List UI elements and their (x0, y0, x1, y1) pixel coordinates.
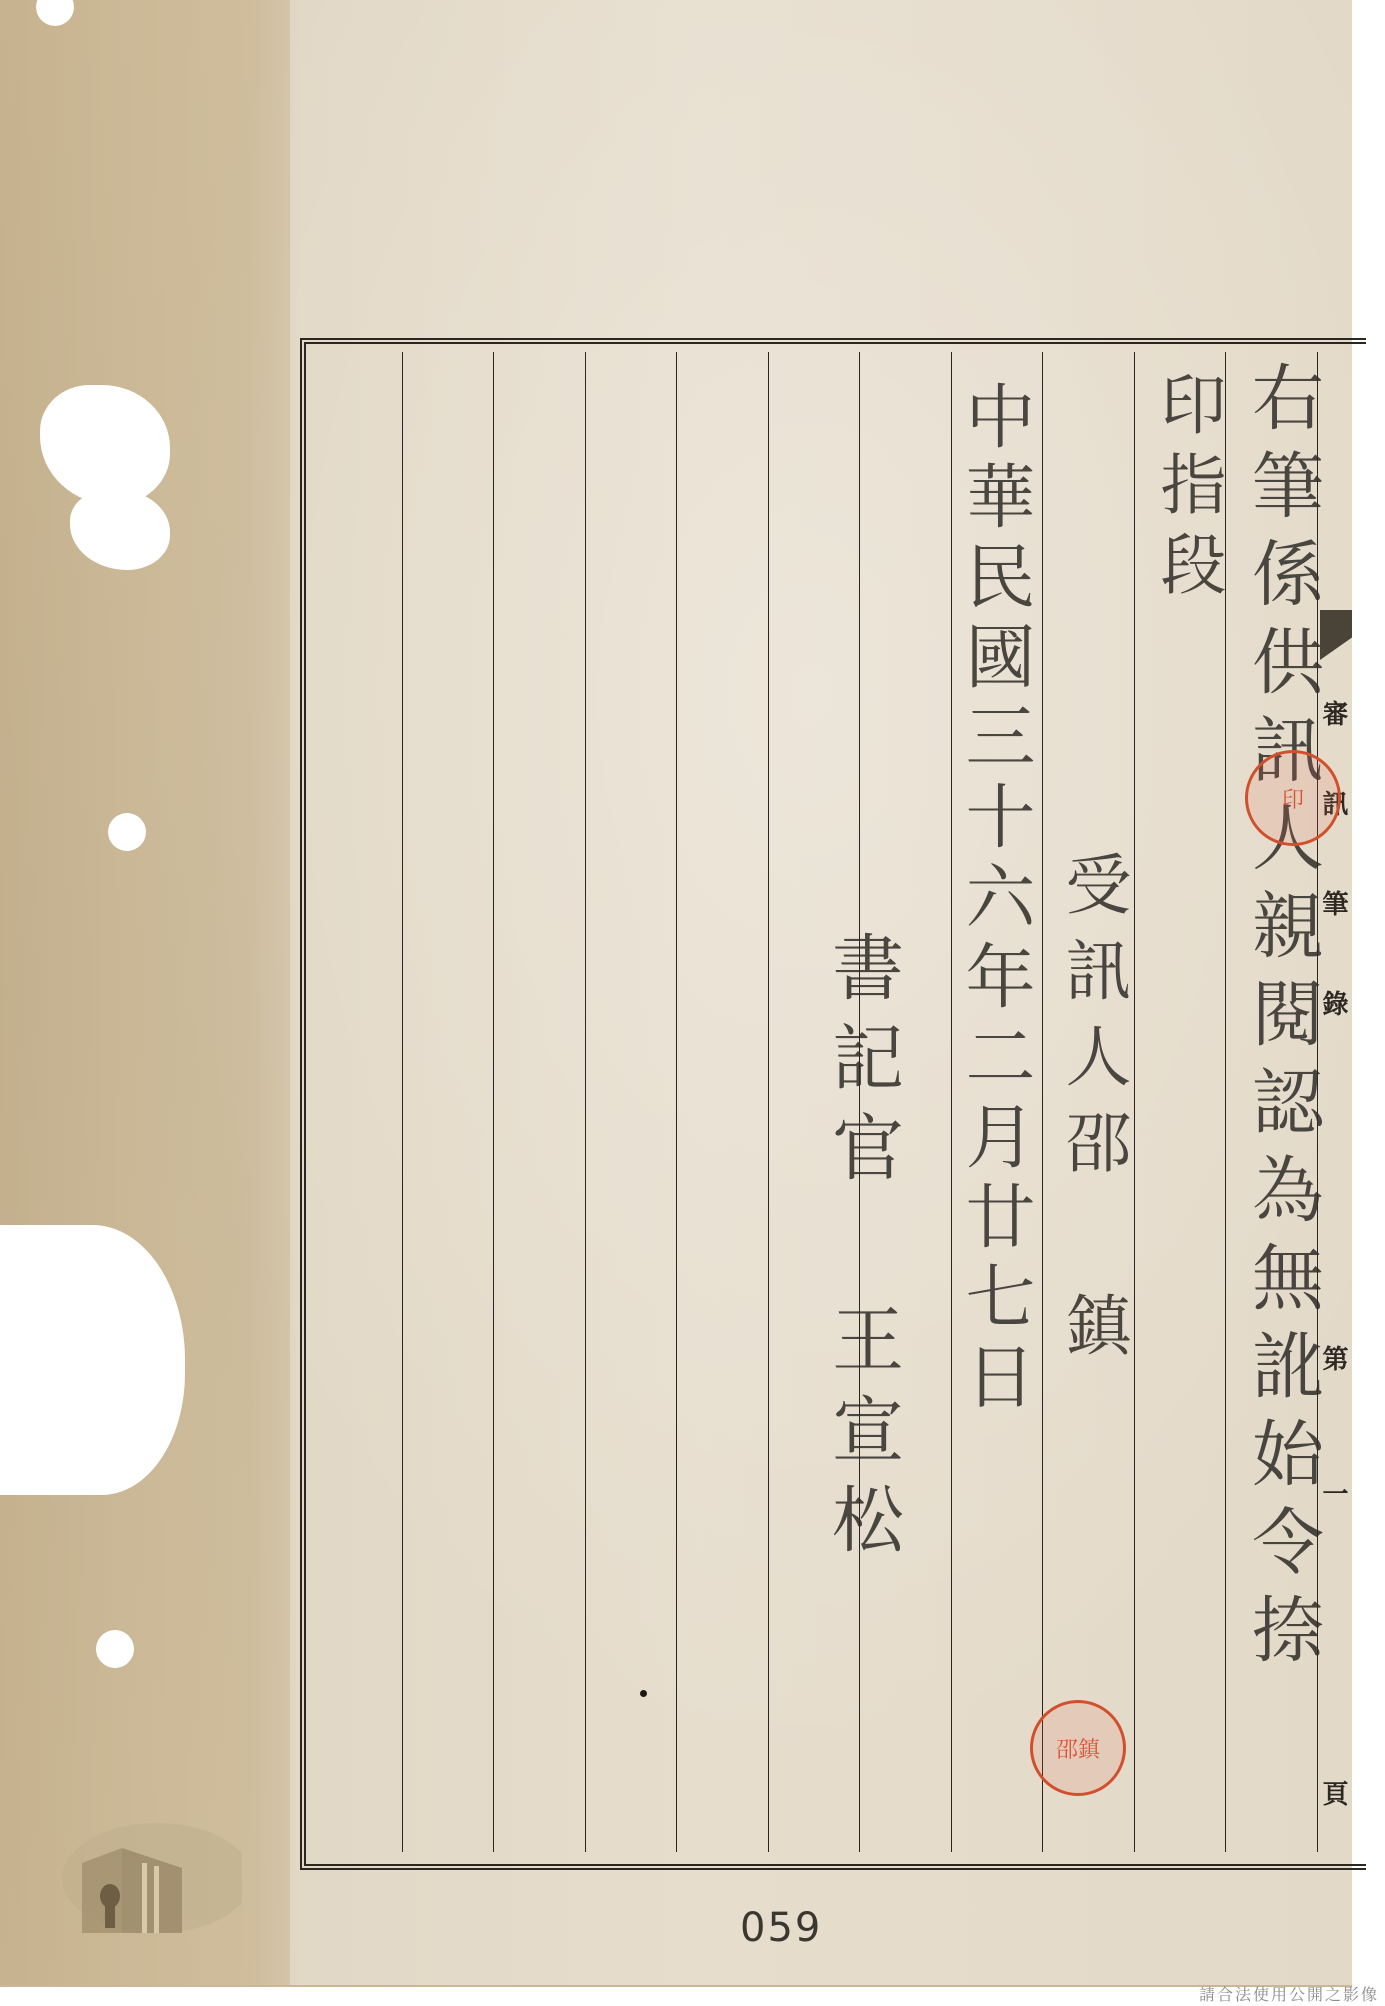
margin-char: 頁 (1322, 1780, 1352, 1806)
page-number: 059 (740, 1905, 822, 1951)
archive-logo-icon (62, 1808, 242, 1938)
binding-hole-middle (108, 813, 146, 851)
column-rule (402, 352, 403, 1852)
ink-dot (640, 1690, 647, 1697)
column-rule (768, 352, 769, 1852)
handwritten-line-3: 受訊人邵 鎮 (1045, 850, 1140, 1377)
paper-tear-mid (0, 1225, 185, 1495)
seal-stamp-signature: 邵鎮 (1030, 1700, 1126, 1796)
handwritten-line-2: 印指段 (1140, 370, 1235, 610)
column-rule (676, 352, 677, 1852)
column-rule (585, 352, 586, 1852)
usage-watermark: 請合法使用公開之影像 (1199, 1982, 1379, 2005)
handwritten-line-1: 右筆係供訊人親閱認為無訛始令捺 (1230, 360, 1334, 1680)
binding-hole-bottom (96, 1630, 134, 1668)
handwritten-line-4: 中華民國三十六年二月廿七日 (945, 380, 1046, 1420)
binding-stain (0, 0, 290, 1985)
seal-stamp-top: 印 (1245, 750, 1341, 846)
handwritten-line-5: 書記官 王宣松 (810, 930, 914, 1572)
column-rule (493, 352, 494, 1852)
